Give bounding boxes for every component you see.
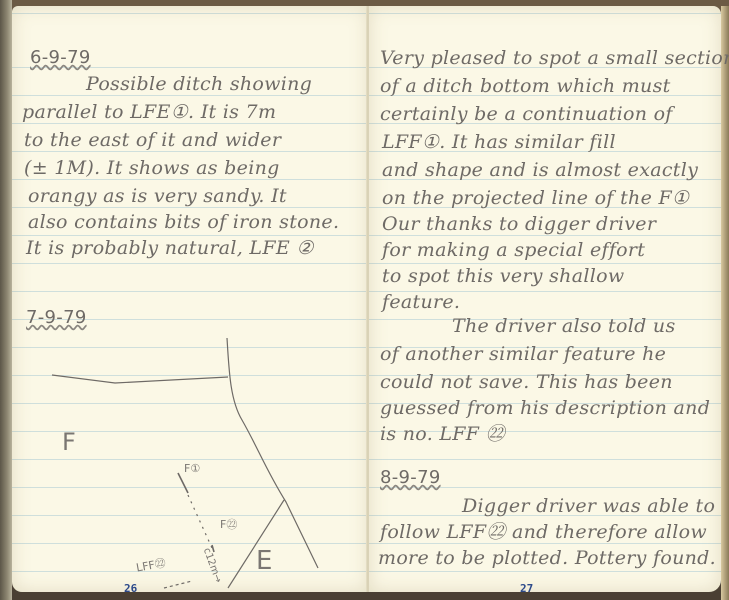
notebook: 6-9-79 Possible ditch showing parallel t… bbox=[0, 0, 729, 600]
entry-line: Our thanks to digger driver bbox=[382, 210, 656, 238]
entry-line: is no. LFF ㉒ bbox=[380, 420, 505, 448]
sketch-label-area-f: F bbox=[62, 428, 76, 456]
entry-line: Digger driver was able to bbox=[462, 492, 715, 520]
entry-line: on the projected line of the F① bbox=[382, 184, 689, 212]
entry-line: LFF①. It has similar fill bbox=[382, 128, 616, 156]
entry-line: The driver also told us bbox=[452, 312, 676, 340]
sketch-label-area-e: E bbox=[256, 546, 272, 576]
entry-line: Very pleased to spot a small section bbox=[380, 44, 729, 72]
entry-date: 8-9-79 bbox=[380, 464, 441, 492]
entry-line: to spot this very shallow bbox=[382, 262, 624, 290]
page-number-right: 27 bbox=[520, 582, 533, 595]
lff22-dash bbox=[164, 581, 192, 588]
sketch-label-feature-1: F① bbox=[184, 462, 200, 475]
entry-line: certainly be a continuation of bbox=[380, 100, 673, 128]
entry-line: could not save. This has been bbox=[380, 368, 673, 396]
entry-line: more to be plotted. Pottery found. bbox=[378, 544, 716, 572]
entry-line: and shape and is almost exactly bbox=[382, 156, 698, 184]
entry-line: feature. bbox=[382, 288, 460, 316]
ditch-segment-1 bbox=[178, 473, 188, 493]
entry-line: of another similar feature he bbox=[380, 340, 666, 368]
entry-line: of a ditch bottom which must bbox=[380, 72, 671, 100]
sketch-label-feature-22: F㉒ bbox=[220, 516, 237, 532]
entry-line: guessed from his description and bbox=[380, 394, 710, 422]
entry-line: follow LFF㉒ and therefore allow bbox=[380, 518, 707, 546]
page-number-left: 26 bbox=[124, 582, 137, 595]
sketch-boundary-curve bbox=[227, 338, 318, 568]
sketch-boundary-line bbox=[52, 375, 228, 383]
entry-line: for making a special effort bbox=[382, 236, 645, 264]
projected-ditch-line bbox=[188, 495, 212, 548]
